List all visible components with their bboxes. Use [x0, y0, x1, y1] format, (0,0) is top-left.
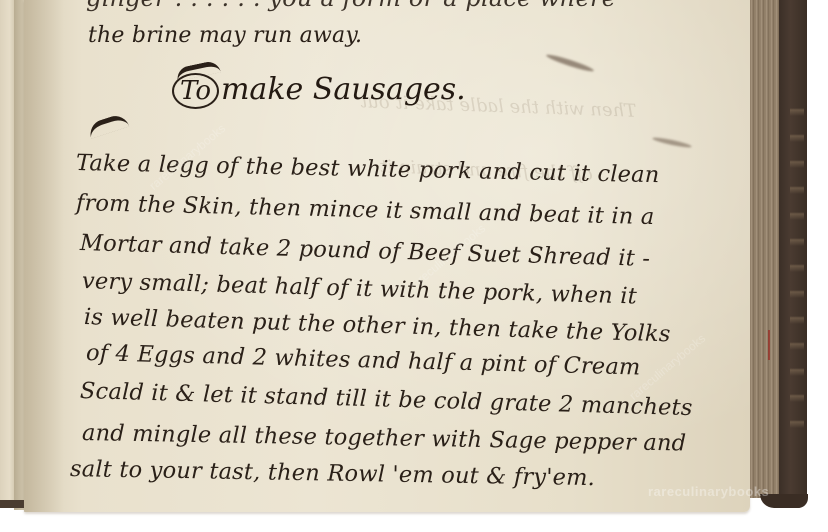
title-initial: To	[172, 73, 219, 109]
title-text: make Sausages.	[221, 72, 466, 107]
cut-off-text-line: ginger . . . . . . you a form or a place…	[86, 0, 616, 12]
manuscript-photo: Then with the ladle take it out off the …	[0, 0, 828, 532]
corner-watermark: rareculinarybooks	[648, 484, 769, 499]
page-fore-edge	[750, 0, 782, 498]
recipe-title: Tomake Sausages.	[172, 72, 466, 109]
preceding-recipe-ending: the brine may run away.	[88, 23, 362, 48]
red-ribbon-mark	[768, 330, 770, 360]
cover-wear-marks	[790, 90, 804, 430]
